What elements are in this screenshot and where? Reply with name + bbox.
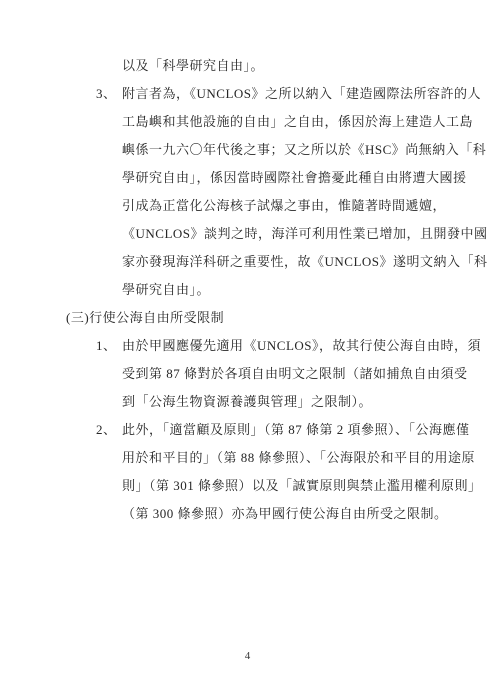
line-text: 附言者為，《UNCLOS》之所以納入「建造國際法所容許的人	[122, 86, 481, 101]
text-block: 以及「科學研究自由」。 3、附言者為，《UNCLOS》之所以納入「建造國際法所容…	[0, 52, 495, 528]
paragraph-continuation-line: 家亦發現海洋科研之重要性，故《UNCLOS》遂明文納入「科	[0, 248, 495, 276]
line-text: 用於和平目的」（第 88 條參照）、「公海限於和平目的用途原	[122, 450, 475, 465]
paragraph-continuation-line: 用於和平目的」（第 88 條參照）、「公海限於和平目的用途原	[0, 444, 495, 472]
line-text: 以及「科學研究自由」。	[122, 58, 264, 73]
paragraph-continuation-line: 《UNCLOS》談判之時，海洋可利用性業已增加，且開發中國	[0, 220, 495, 248]
heading-text: (三)行使公海自由所受限制	[66, 310, 224, 325]
list-marker: 2、	[96, 416, 122, 444]
paragraph-continuation-line: 以及「科學研究自由」。	[0, 52, 495, 80]
line-text: 受到第 87 條對於各項自由明文之限制（諸如捕魚自由須受	[122, 366, 468, 381]
line-text: 到「公海生物資源養護與管理」之限制）。	[122, 394, 372, 409]
list-marker: 3、	[96, 80, 122, 108]
paragraph-continuation-line: 工島嶼和其他設施的自由」之自由，係因於海上建造人工島	[0, 108, 495, 136]
list-item: 1、由於甲國應優先適用《UNCLOS》，故其行使公海自由時，須	[0, 332, 495, 360]
list-marker: 1、	[96, 332, 122, 360]
paragraph-continuation-line: 引成為正當化公海核子試爆之事由，惟隨著時間遞嬗，	[0, 192, 495, 220]
paragraph-continuation-line: 則」（第 301 條參照）以及「誠實原則與禁止濫用權利原則」	[0, 472, 495, 500]
line-text: 《UNCLOS》談判之時，海洋可利用性業已增加，且開發中國	[122, 226, 488, 241]
paragraph-continuation-line: 嶼係一九六〇年代後之事；又之所以於《HSC》尚無納入「科	[0, 136, 495, 164]
paragraph-continuation-line: 學研究自由」，係因當時國際社會擔憂此種自由將遭大國援	[0, 164, 495, 192]
line-text: 學研究自由」，係因當時國際社會擔憂此種自由將遭大國援	[122, 170, 467, 185]
page-number: 4	[0, 650, 495, 662]
line-text: 則」（第 301 條參照）以及「誠實原則與禁止濫用權利原則」	[122, 478, 482, 493]
list-item: 2、此外，「適當顧及原則」（第 87 條第 2 項參照）、「公海應僅	[0, 416, 495, 444]
line-text: 由於甲國應優先適用《UNCLOS》，故其行使公海自由時，須	[122, 338, 481, 353]
paragraph-continuation-line: 受到第 87 條對於各項自由明文之限制（諸如捕魚自由須受	[0, 360, 495, 388]
section-heading: (三)行使公海自由所受限制	[0, 304, 495, 332]
line-text: 家亦發現海洋科研之重要性，故《UNCLOS》遂明文納入「科	[122, 254, 488, 269]
paragraph-continuation-line: 學研究自由」。	[0, 276, 495, 304]
line-text: 嶼係一九六〇年代後之事；又之所以於《HSC》尚無納入「科	[122, 142, 486, 157]
line-text: 學研究自由」。	[122, 282, 210, 297]
line-text: 工島嶼和其他設施的自由」之自由，係因於海上建造人工島	[122, 114, 473, 129]
line-text: 引成為正當化公海核子試爆之事由，惟隨著時間遞嬗，	[122, 198, 446, 213]
line-text: 此外，「適當顧及原則」（第 87 條第 2 項參照）、「公海應僅	[122, 422, 470, 437]
paragraph-continuation-line: （第 300 條參照）亦為甲國行使公海自由所受之限制。	[0, 500, 495, 528]
document-page: 以及「科學研究自由」。 3、附言者為，《UNCLOS》之所以納入「建造國際法所容…	[0, 0, 495, 700]
list-item: 3、附言者為，《UNCLOS》之所以納入「建造國際法所容許的人	[0, 80, 495, 108]
line-text: （第 300 條參照）亦為甲國行使公海自由所受之限制。	[122, 506, 448, 521]
paragraph-continuation-line: 到「公海生物資源養護與管理」之限制）。	[0, 388, 495, 416]
